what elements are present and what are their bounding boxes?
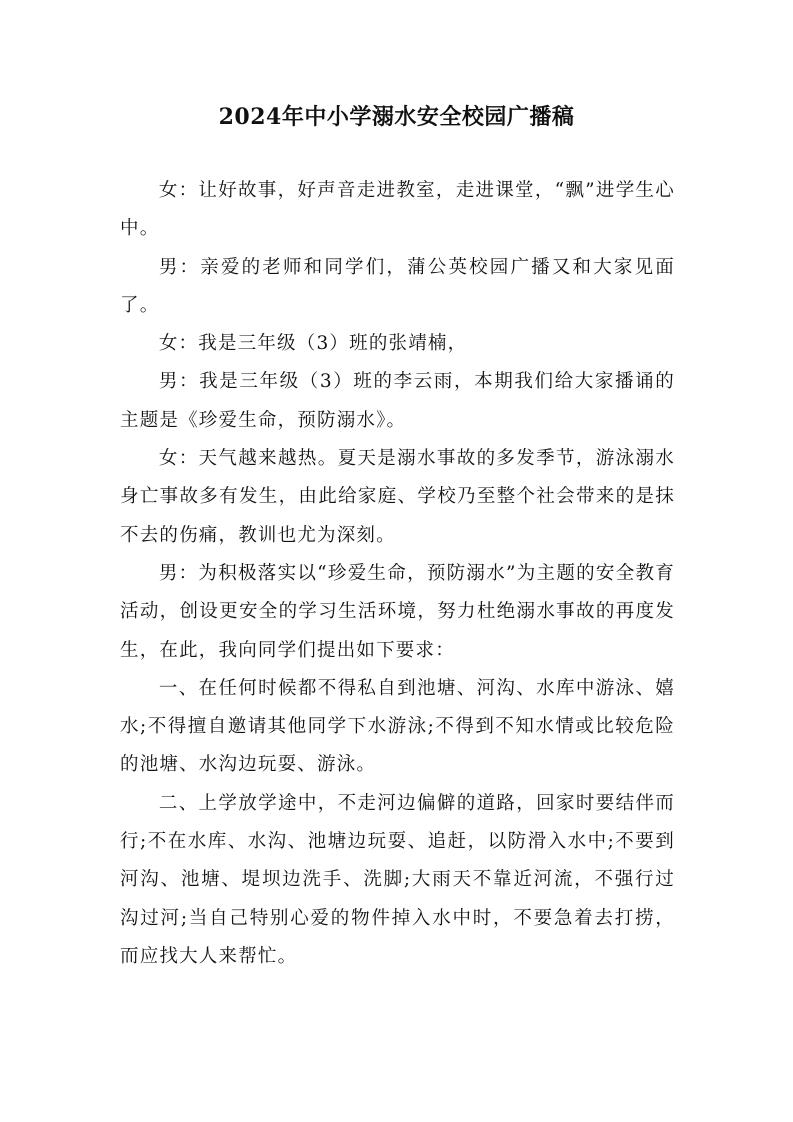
paragraph-rule-one: 一、在任何时候都不得私自到池塘、河沟、水库中游泳、嬉水;不得擅自邀请其他同学下水… bbox=[120, 670, 675, 785]
paragraph-host-male-topic: 男：我是三年级（3）班的李云雨，本期我们给大家播诵的主题是《珍爱生命，预防溺水》… bbox=[120, 363, 675, 440]
paragraph-host-female: 女：我是三年级（3）班的张靖楠， bbox=[120, 325, 675, 363]
paragraph-rule-two: 二、上学放学途中，不走河边偏僻的道路，回家时要结伴而行;不在水库、水沟、池塘边玩… bbox=[120, 785, 675, 976]
paragraph-greeting-male: 男：亲爱的老师和同学们，蒲公英校园广播又和大家见面了。 bbox=[120, 249, 675, 326]
paragraph-intro-female: 女：让好故事，好声音走进教室，走进课堂，“飘”进学生心中。 bbox=[120, 172, 675, 249]
document-page: 2024年中小学溺水安全校园广播稿 女：让好故事，好声音走进教室，走进课堂，“飘… bbox=[0, 0, 793, 1122]
document-title: 2024年中小学溺水安全校园广播稿 bbox=[0, 100, 793, 134]
paragraph-requirements-intro: 男：为积极落实以“珍爱生命，预防溺水”为主题的安全教育活动，创设更安全的学习生活… bbox=[120, 555, 675, 670]
document-body: 女：让好故事，好声音走进教室，走进课堂，“飘”进学生心中。 男：亲爱的老师和同学… bbox=[120, 172, 675, 976]
paragraph-summer-drowning: 女：天气越来越热。夏天是溺水事故的多发季节，游泳溺水身亡事故多有发生，由此给家庭… bbox=[120, 440, 675, 555]
